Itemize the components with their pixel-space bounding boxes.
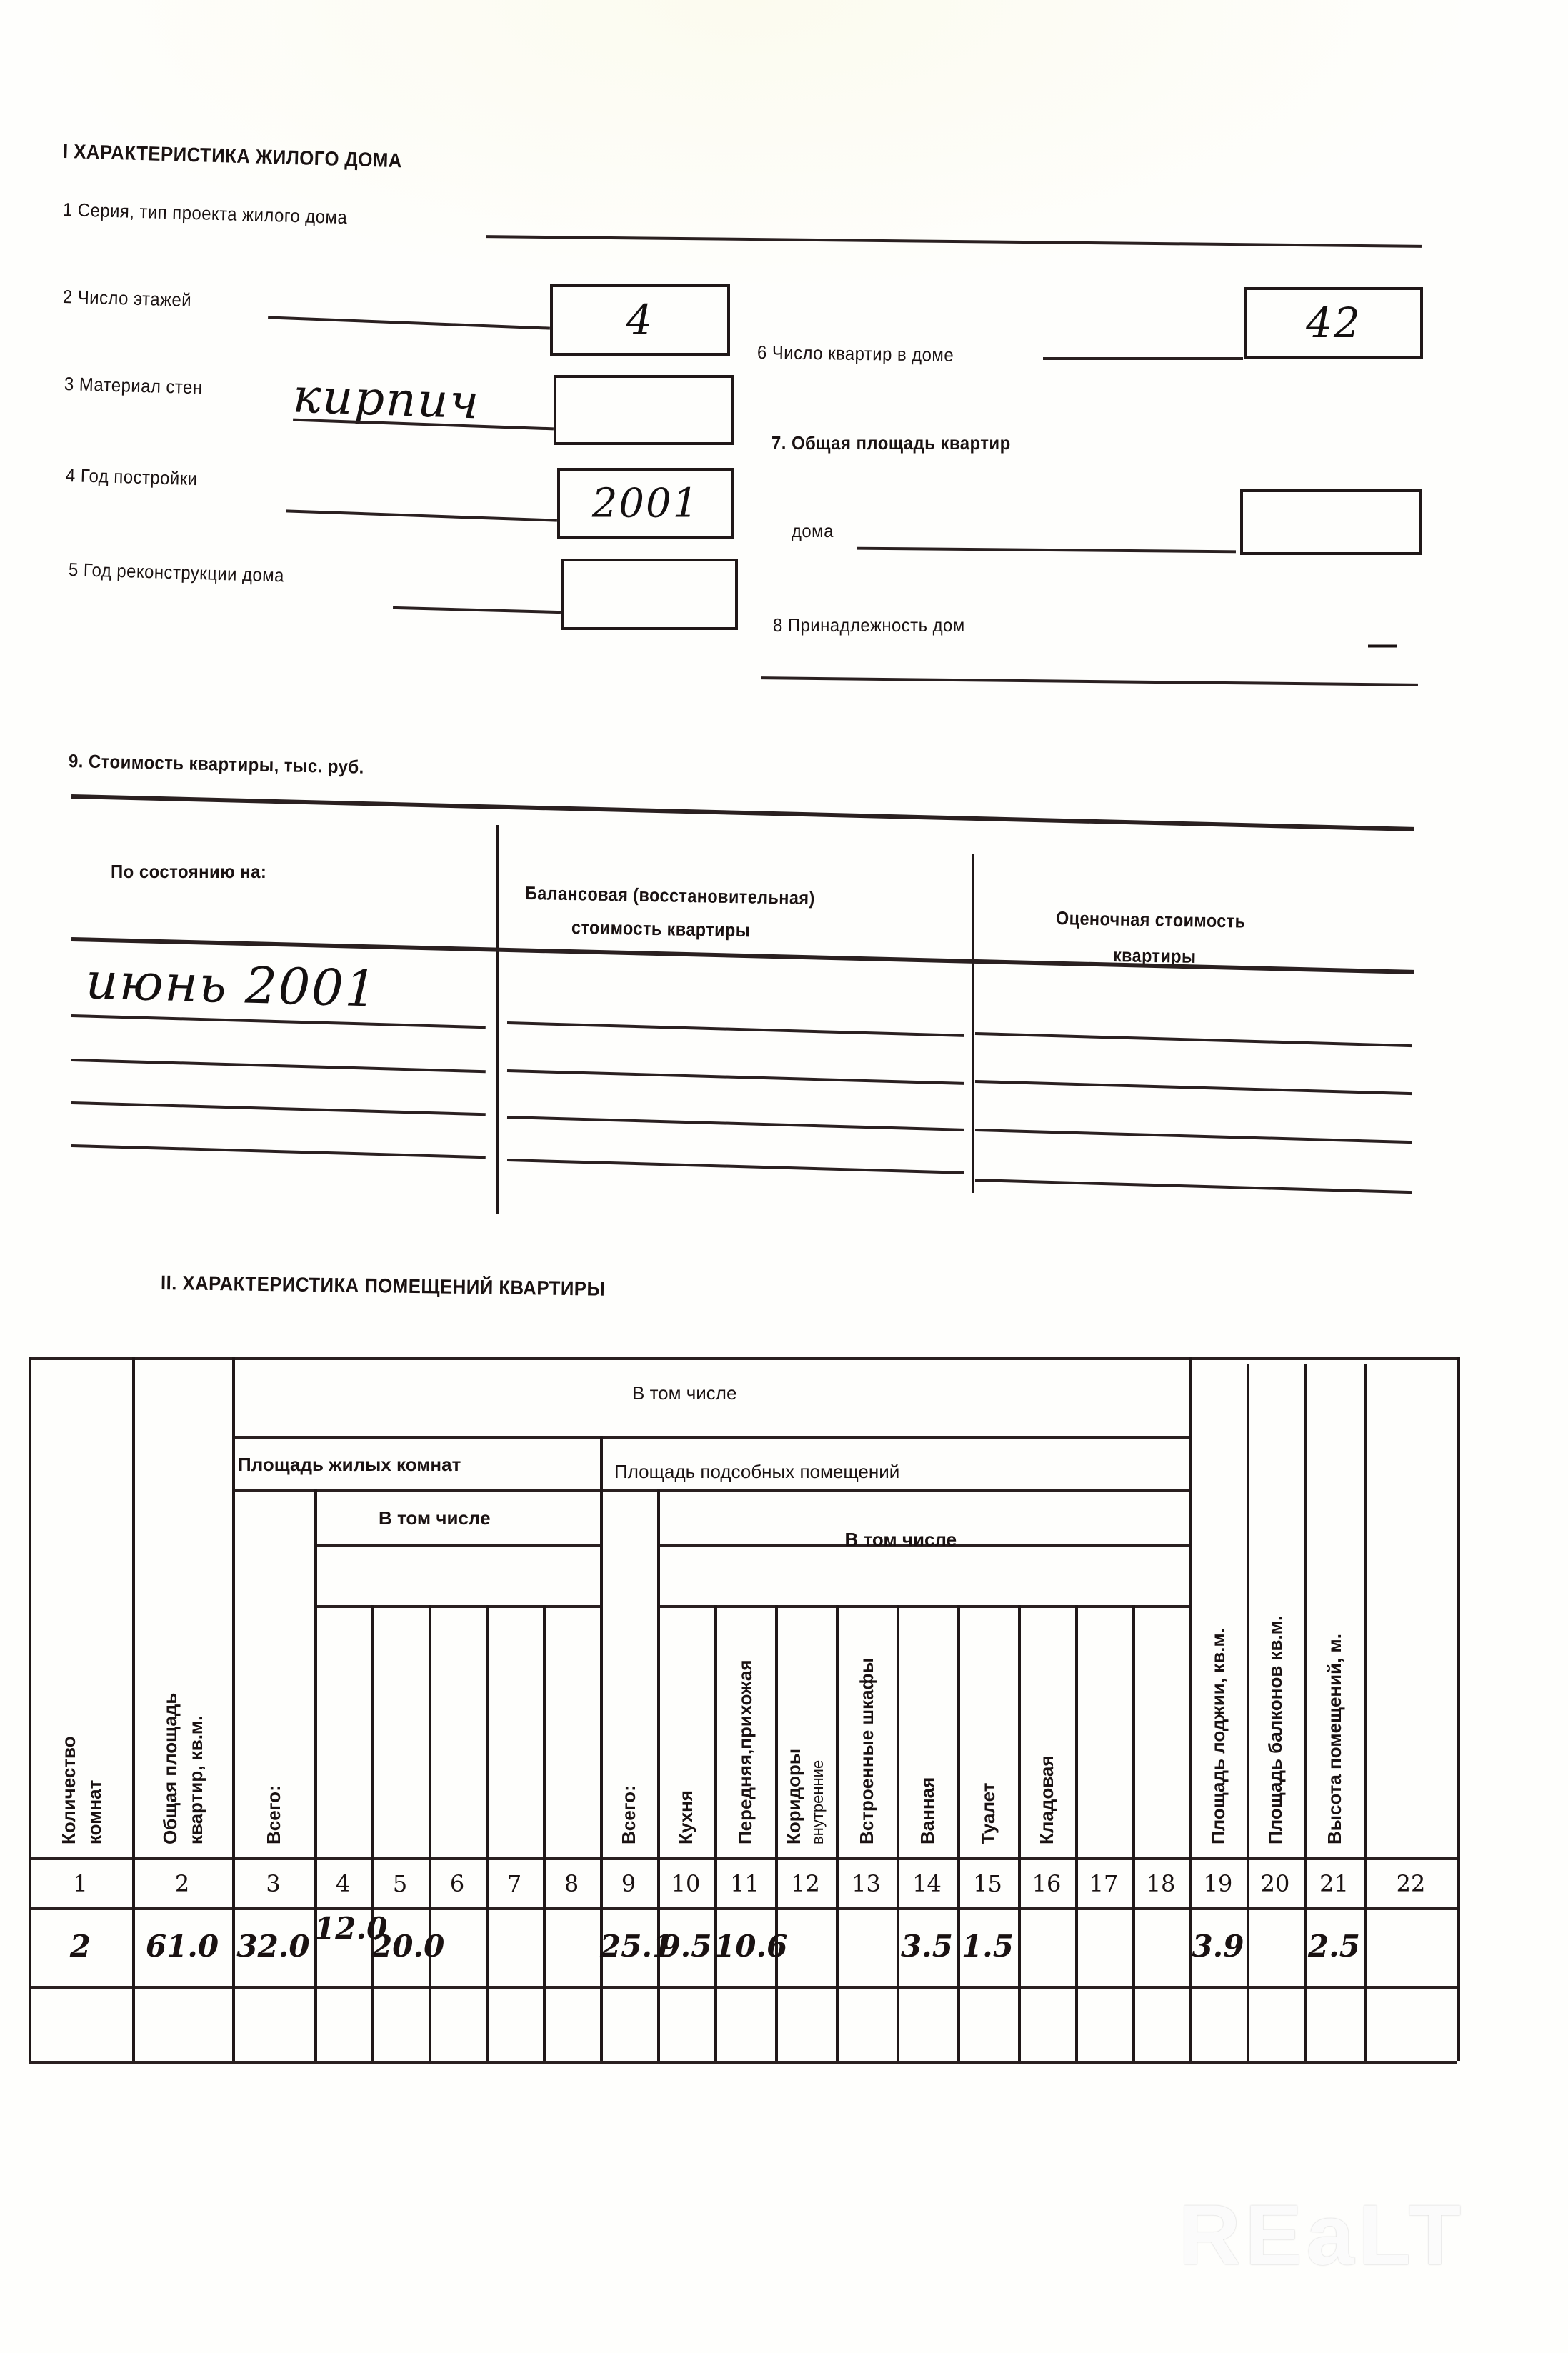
cost-row-1-date: июнь 2001 — [85, 951, 379, 1018]
table-cell[interactable]: 3.5 — [897, 1929, 957, 1986]
table-cell[interactable] — [486, 1929, 543, 1986]
column-number-11: 11 — [714, 1870, 775, 1897]
table-cell[interactable]: 2 — [29, 1929, 132, 1986]
living-including-header: В том числе — [379, 1507, 491, 1529]
table-cell[interactable] — [897, 2007, 957, 2061]
table-divider — [1132, 1605, 1135, 2061]
table-cell[interactable]: 1.5 — [957, 1929, 1018, 1986]
table-cell[interactable] — [132, 2007, 232, 2061]
table-divider — [429, 1605, 431, 2061]
column-header-12: Коридоры — [783, 1749, 805, 1844]
wall-material-field[interactable] — [554, 375, 734, 445]
column-header-3: Всего: — [263, 1785, 285, 1844]
table-right-border — [1457, 1357, 1460, 2061]
year-built-label: 4 Год постройки — [66, 464, 198, 490]
column-header-10: Кухня — [675, 1790, 697, 1844]
cost-col-divider-2 — [972, 854, 974, 1193]
auxiliary-including-header: В том числе — [845, 1529, 957, 1551]
table-cell[interactable] — [1364, 1929, 1457, 1986]
column-number-1: 1 — [29, 1870, 132, 1897]
ownership-label: 8 Принадлежность дом — [773, 614, 965, 636]
table-cell[interactable] — [836, 1929, 897, 1986]
total-area-label-cont: дома — [792, 520, 834, 542]
column-header-15: Туалет — [977, 1783, 999, 1845]
table-divider — [957, 1605, 960, 2061]
table-cell[interactable] — [657, 2007, 714, 2061]
cost-row-3-estimate-field[interactable] — [975, 1129, 1412, 1144]
column-number-8: 8 — [543, 1870, 600, 1897]
header-bottom-border — [29, 1857, 1457, 1860]
table-cell[interactable] — [1075, 2007, 1132, 2061]
group-rule — [232, 1489, 1189, 1492]
column-header-20: Площадь балконов кв.м. — [1264, 1616, 1287, 1844]
table-divider — [371, 1605, 374, 2061]
table-divider — [1018, 1605, 1021, 2061]
section-2-title: II. ХАРАКТЕРИСТИКА ПОМЕЩЕНИЙ КВАРТИРЫ — [161, 1272, 606, 1301]
year-built-value: 2001 — [560, 481, 731, 527]
table-divider — [314, 1489, 317, 2061]
column-header-9: Всего: — [618, 1785, 640, 1844]
total-area-label: 7. Общая площадь квартир — [771, 432, 1011, 454]
cost-row-4-date-field[interactable] — [71, 1144, 486, 1159]
table-divider — [714, 1605, 717, 2061]
cost-row-1-date-field[interactable] — [71, 1014, 486, 1029]
including-rule — [232, 1436, 1189, 1439]
column-header-21: Высота помещений, м. — [1324, 1634, 1346, 1844]
living-sub-rule-2 — [314, 1605, 600, 1608]
column-header-12-line2: внутренние — [809, 1760, 827, 1844]
column-header-14: Ванная — [917, 1777, 939, 1844]
table-cell[interactable] — [1247, 1929, 1304, 1986]
table-divider — [543, 1605, 546, 2061]
realt-watermark: REaLT — [1179, 2186, 1465, 2284]
living-area-header: Площадь жилых комнат — [238, 1454, 461, 1476]
cost-header-balance-1: Балансовая (восстановительная) — [525, 882, 815, 909]
table-divider — [486, 1605, 489, 2061]
column-header-16: Кладовая — [1036, 1755, 1058, 1844]
table-cell[interactable]: 10.6 — [714, 1929, 775, 1986]
table-cell[interactable]: 9.5 — [657, 1929, 714, 1986]
cost-row-1-estimate-field[interactable] — [975, 1032, 1412, 1047]
column-number-19: 19 — [1189, 1870, 1247, 1897]
table-cell[interactable] — [429, 2007, 486, 2061]
cost-row-2-date-field[interactable] — [71, 1059, 486, 1073]
cost-row-1-balance-field[interactable] — [507, 1021, 964, 1037]
column-number-7: 7 — [486, 1870, 543, 1897]
column-number-20: 20 — [1247, 1870, 1304, 1897]
table-cell[interactable] — [232, 2007, 314, 2061]
including-header: В том числе — [632, 1382, 736, 1404]
table-cell[interactable]: 20.0 — [371, 1929, 429, 1986]
table-cell[interactable] — [371, 2007, 429, 2061]
cost-header-date: По состоянию на: — [111, 861, 266, 883]
apartments-count-label: 6 Число квартир в доме — [757, 341, 954, 366]
table-cell[interactable] — [1132, 1929, 1189, 1986]
table-cell[interactable]: 3.9 — [1189, 1929, 1247, 1986]
table-bottom-border — [29, 2061, 1457, 2064]
table-cell[interactable] — [1132, 2007, 1189, 2061]
year-built-underline — [286, 509, 557, 521]
auxiliary-area-header: Площадь подсобных помещений — [614, 1461, 899, 1483]
table-cell[interactable] — [314, 1989, 371, 2043]
year-built-field[interactable]: 2001 — [557, 468, 734, 539]
column-number-22: 22 — [1364, 1870, 1457, 1897]
ownership-value: — — [1368, 629, 1397, 661]
cost-table-top-border — [71, 794, 1414, 831]
table-cell[interactable] — [957, 2007, 1018, 2061]
cost-col-divider-1 — [496, 825, 499, 1214]
cost-row-2-estimate-field[interactable] — [975, 1080, 1412, 1095]
column-number-9: 9 — [600, 1870, 657, 1897]
cost-row-4-balance-field[interactable] — [507, 1159, 964, 1174]
table-divider — [897, 1605, 899, 2061]
table-cell[interactable] — [1018, 2007, 1075, 2061]
table-cell[interactable] — [1189, 2007, 1247, 2061]
total-area-underline — [857, 547, 1236, 554]
column-number-12: 12 — [775, 1870, 836, 1897]
year-reconstructed-field[interactable] — [561, 559, 738, 630]
column-number-21: 21 — [1304, 1870, 1364, 1897]
table-cell[interactable]: 61.0 — [132, 1929, 232, 1986]
column-number-13: 13 — [836, 1870, 897, 1897]
wall-material-label: 3 Материал стен — [64, 373, 203, 399]
table-cell[interactable] — [29, 2007, 132, 2061]
table-cell[interactable] — [836, 2007, 897, 2061]
floors-underline — [268, 316, 550, 329]
table-divider — [1075, 1605, 1078, 2061]
table-cell[interactable] — [1364, 2007, 1457, 2061]
apartments-count-underline — [1043, 357, 1243, 360]
column-header-2-line2: квартир, кв.м. — [185, 1716, 207, 1844]
column-number-2: 2 — [132, 1870, 232, 1897]
column-number-6: 6 — [429, 1870, 486, 1897]
cost-row-3-date-field[interactable] — [71, 1101, 486, 1116]
table-cell[interactable]: 2.5 — [1304, 1929, 1364, 1986]
cost-row-4-estimate-field[interactable] — [975, 1179, 1412, 1194]
table-cell[interactable] — [429, 1929, 486, 1986]
apartments-count-value: 42 — [1247, 299, 1420, 347]
table-cell[interactable] — [600, 2007, 657, 2061]
table-cell[interactable] — [714, 2007, 775, 2061]
column-number-14: 14 — [897, 1870, 957, 1897]
apartments-count-field[interactable]: 42 — [1244, 287, 1423, 359]
aux-sub-rule — [657, 1605, 1189, 1608]
column-number-3: 3 — [232, 1870, 314, 1897]
column-header-13: Встроенные шкафы — [856, 1657, 878, 1844]
living-sub-rule — [314, 1544, 600, 1547]
table-divider — [836, 1605, 839, 2061]
table-cell[interactable] — [486, 2007, 543, 2061]
table-cell[interactable]: 25.1 — [600, 1929, 657, 1986]
year-reconstructed-underline — [393, 606, 561, 614]
table-top-border — [29, 1357, 1457, 1360]
table-cell[interactable] — [1018, 1929, 1075, 1986]
column-header-11: Передняя,прихожая — [734, 1659, 756, 1844]
table-cell[interactable] — [1247, 2007, 1304, 2061]
column-header-2: Общая площадь — [159, 1693, 181, 1844]
table-cell[interactable] — [543, 2007, 600, 2061]
floors-value: 4 — [553, 296, 727, 344]
table-cell[interactable] — [775, 2007, 836, 2061]
column-number-4: 4 — [314, 1870, 371, 1897]
cost-header-estimate-1: Оценочная стоимость — [1056, 907, 1246, 933]
total-area-field[interactable] — [1240, 489, 1422, 555]
table-cell[interactable] — [1075, 1929, 1132, 1986]
column-number-5: 5 — [371, 1870, 429, 1897]
rooms-table: В том числеПлощадь жилых комнатПлощадь п… — [29, 1357, 1457, 2064]
floors-label: 2 Число этажей — [63, 286, 192, 311]
table-divider — [775, 1605, 778, 2061]
column-number-17: 17 — [1075, 1870, 1132, 1897]
table-cell[interactable] — [1304, 2007, 1364, 2061]
column-number-18: 18 — [1132, 1870, 1189, 1897]
column-header-19: Площадь лоджии, кв.м. — [1207, 1628, 1229, 1844]
cost-row-2-balance-field[interactable] — [507, 1069, 964, 1085]
table-cell[interactable]: 12.0 — [314, 1911, 371, 1968]
column-number-15: 15 — [957, 1870, 1018, 1897]
cost-row-3-balance-field[interactable] — [507, 1116, 964, 1131]
column-header-1: Количество — [58, 1736, 80, 1844]
column-header-1-line2: комнат — [84, 1780, 106, 1844]
cost-title: 9. Стоимость квартиры, тыс. руб. — [69, 750, 364, 779]
table-cell[interactable] — [543, 1929, 600, 1986]
year-reconstructed-label: 5 Год реконструкции дома — [69, 559, 285, 586]
floors-field[interactable]: 4 — [550, 284, 730, 356]
column-number-10: 10 — [657, 1870, 714, 1897]
data-row-border — [29, 1986, 1457, 1989]
column-number-16: 16 — [1018, 1870, 1075, 1897]
ownership-field[interactable] — [761, 676, 1418, 686]
cost-header-balance-2: стоимость квартиры — [571, 916, 751, 941]
table-cell[interactable] — [775, 1929, 836, 1986]
number-row-border — [29, 1907, 1457, 1910]
table-cell[interactable]: 32.0 — [232, 1929, 314, 1986]
